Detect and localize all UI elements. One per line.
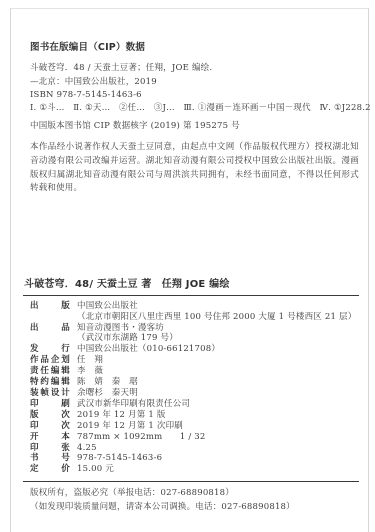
colophon-label: 特约编辑 [30,377,70,388]
colophon-value: 武汉市新华印刷有限责任公司 [77,399,190,409]
colophon-row: 装帧设计余曙杉 秦天明 [30,388,359,399]
footer-line: （如发现印装质量问题，请寄本公司调换。电话：027-68890818） [30,501,359,515]
colophon-value: 知音动漫图书・漫客坊 [77,323,164,333]
colophon-value: 中国致公出版社 [77,301,138,311]
colophon-row: 印刷武汉市新华印刷有限责任公司 [30,399,359,410]
cip-record-number: 中国版本图书馆 CIP 数据核字 (2019) 第 195275 号 [30,120,359,133]
footer-section: 版权所有，盗版必究（举报电话：027-68890818） （如发现印装质量问题，… [30,487,359,515]
cip-line: 斗破苍穹．48 / 天蚕土豆著；任翔，JOE 编绘. [30,62,359,75]
divider-top [23,295,359,296]
colophon-row: 发行中国致公出版社（010-66121708） [30,344,359,355]
colophon-value: 任 翔 [77,355,103,365]
colophon-value: 陈 婧 秦 琚 [77,377,138,387]
colophon-note: （武汉市东湖路 179 号） [30,333,359,344]
colophon-row: 作品企划任 翔 [30,355,359,366]
colophon-row: 印张4.25 [30,443,359,454]
license-paragraph: 本作品经小说著作权人天蚕土豆同意，由起点中文网（作品版权代理方）授权湖北知音动漫… [30,141,359,195]
colophon-row: 印次2019 年 12 月第 1 次印刷 [30,421,359,432]
colophon-label: 出品 [30,323,70,334]
colophon-value: 中国致公出版社（010-66121708） [77,344,220,354]
cip-header: 图书在版编目（CIP）数据 [30,41,359,54]
colophon-row: 定价15.00 元 [30,464,359,475]
colophon-note: （北京市朝阳区八里庄西里 100 号住邦 2000 大厦 1 号楼西区 21 层… [30,312,359,323]
colophon-label: 发行 [30,344,70,355]
colophon-row: 出版中国致公出版社 （北京市朝阳区八里庄西里 100 号住邦 2000 大厦 1… [30,301,359,323]
cip-block: 斗破苍穹．48 / 天蚕土豆著；任翔，JOE 编绘. —北京：中国致公出版社，2… [30,62,359,115]
colophon-row: 特约编辑陈 婧 秦 琚 [30,377,359,388]
colophon-table: 出版中国致公出版社 （北京市朝阳区八里庄西里 100 号住邦 2000 大厦 1… [30,301,359,476]
cip-line: Ⅰ. ①斗… Ⅱ. ①天… ②任… ③J… Ⅲ. ①漫画－连环画－中国－现代 Ⅳ… [30,102,359,115]
colophon-row: 版次2019 年 12 月第 1 版 [30,410,359,421]
colophon-label: 书号 [30,453,70,464]
colophon-label: 开本 [30,432,70,443]
colophon-label: 定价 [30,464,70,475]
colophon-row: 出品知音动漫图书・漫客坊 （武汉市东湖路 179 号） [30,323,359,345]
colophon-label: 装帧设计 [30,388,70,399]
cip-line: —北京：中国致公出版社，2019 [30,76,359,89]
colophon-row: 责任编辑李 薇 [30,366,359,377]
footer-line: 版权所有，盗版必究（举报电话：027-68890818） [30,487,359,501]
colophon-label: 责任编辑 [30,366,70,377]
colophon-label: 印张 [30,443,70,454]
colophon-value: 787mm × 1092mm 1 / 32 [77,432,206,442]
copyright-page: 图书在版编目（CIP）数据 斗破苍穹．48 / 天蚕土豆著；任翔，JOE 编绘.… [30,0,359,515]
colophon-label: 印次 [30,421,70,432]
cip-line: ISBN 978-7-5145-1463-6 [30,89,359,102]
colophon-value: 李 薇 [77,366,103,376]
colophon-row: 开本787mm × 1092mm 1 / 32 [30,432,359,443]
colophon-value: 2019 年 12 月第 1 版 [77,410,166,420]
colophon-label: 印刷 [30,399,70,410]
colophon-value: 4.25 [77,443,97,453]
colophon-value: 2019 年 12 月第 1 次印刷 [77,421,183,431]
colophon-value: 15.00 元 [77,464,114,474]
colophon-value: 978-7-5145-1463-6 [77,453,162,463]
colophon-label: 作品企划 [30,355,70,366]
colophon-value: 余曙杉 秦天明 [77,388,138,398]
divider-bottom [23,481,359,482]
book-title-line: 斗破苍穹．48/ 天蚕土豆 著 任翔 JOE 编绘 [24,278,359,291]
colophon-row: 书号978-7-5145-1463-6 [30,453,359,464]
colophon-label: 版次 [30,410,70,421]
colophon-label: 出版 [30,301,70,312]
